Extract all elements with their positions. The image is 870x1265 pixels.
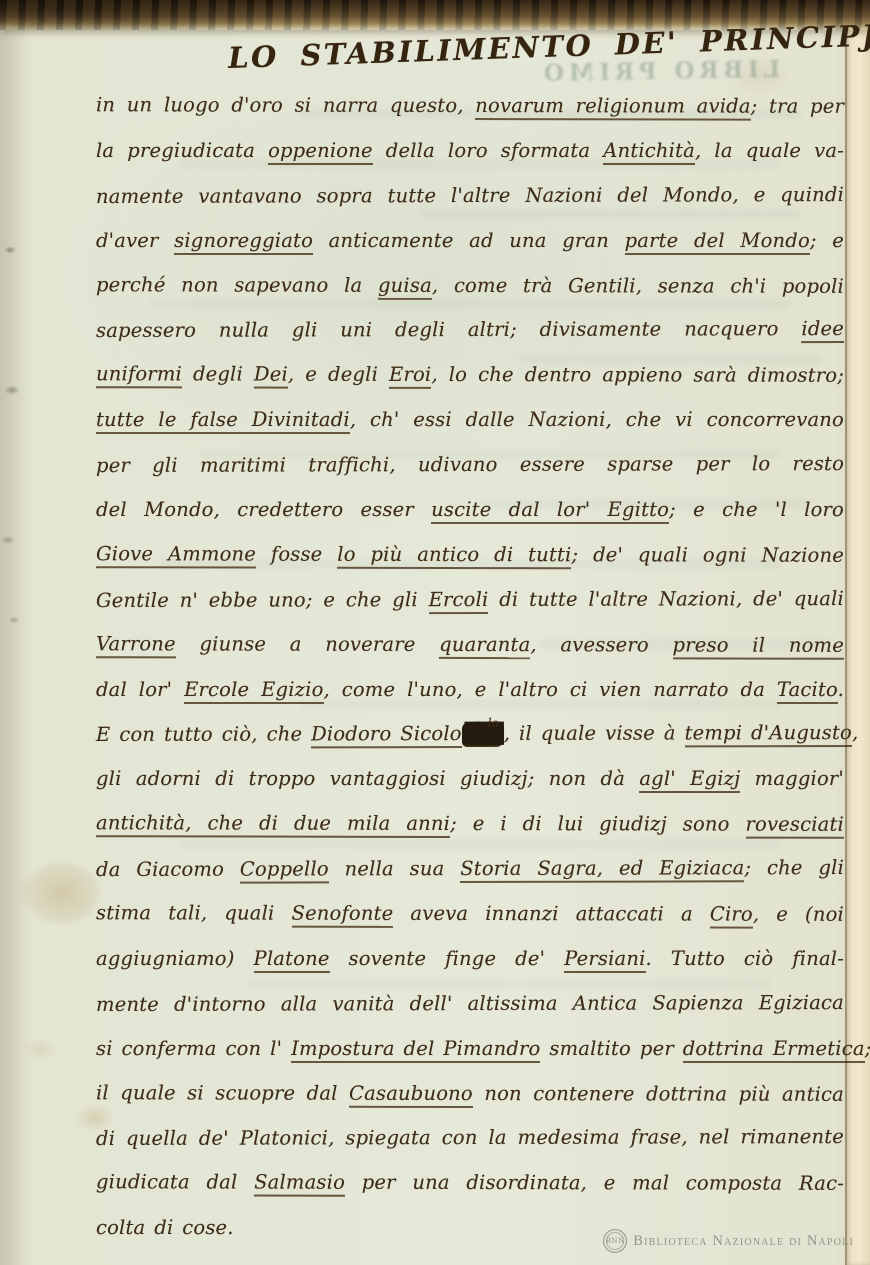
manuscript-line: uniformi degli Dei, e degli Eroi, lo che… — [96, 353, 844, 399]
underlined-segment: antichità, che di due mila anni — [96, 811, 450, 838]
underlined-segment: Impostura del Pimandro — [291, 1037, 540, 1063]
text-segment: colta di cose. — [96, 1216, 234, 1239]
manuscript-body: in un luogo d'oro si narra questo, novar… — [96, 84, 844, 1251]
manuscript-line: sapessero nulla gli uni degli altri; div… — [96, 307, 844, 354]
manuscript-page: LIBRO PRIMO LO STABILIMENTO DE' PRINCIPJ… — [0, 0, 870, 1265]
text-segment: , la quale va- — [695, 139, 844, 162]
manuscript-line: E con tutto ciò, che Diodoro Sicololo███… — [96, 711, 844, 758]
text-segment: ; de' quali ogni Nazione — [571, 543, 844, 567]
manuscript-line: Varrone giunse a noverare quaranta, aves… — [96, 622, 844, 668]
underlined-segment: Ciro — [710, 903, 753, 929]
text-segment: stima tali, quali — [96, 901, 292, 924]
text-segment: aveva innanzi attaccati a — [393, 902, 709, 926]
text-segment: il quale si scuopre dal — [96, 1081, 349, 1105]
text-segment: perché non sapevano la — [96, 273, 378, 297]
underlined-segment: uscite dal lor' Egitto — [431, 498, 669, 524]
text-segment: namente vantavano sopra tutte l'altre Na… — [96, 183, 844, 208]
underlined-segment: Ercole Egizio — [184, 678, 323, 704]
text-segment: , lo che dentro appieno sarà dimostro; — [431, 363, 844, 387]
text-segment: . — [838, 678, 844, 701]
text-segment: mente d'intorno alla vanità dell' altiss… — [96, 991, 844, 1016]
text-segment: per gli maritimi traffichi, udivano esse… — [96, 452, 844, 477]
text-segment: del Mondo, credettero esser — [96, 498, 431, 521]
text-segment: ; e i di lui giudizj sono — [450, 812, 745, 836]
text-segment: aggiugniamo) — [96, 947, 254, 970]
text-segment: si conferma con l' — [96, 1037, 291, 1060]
text-segment: , avessero — [530, 633, 672, 656]
manuscript-line: la pregiudicata oppenione della loro sfo… — [96, 129, 844, 174]
manuscript-line: per gli maritimi traffichi, udivano esse… — [96, 442, 844, 489]
underlined-segment: Salmasio — [254, 1171, 345, 1197]
underlined-segment: Storia Sagra, ed Egiziaca — [460, 856, 744, 883]
manuscript-line: si conferma con l' Impostura del Pimandr… — [96, 1027, 844, 1072]
text-segment: , il quale visse à — [504, 722, 685, 745]
text-segment: , come trà Gentili, senza ch'i popoli — [432, 273, 844, 297]
text-segment: dal lor' — [96, 678, 184, 701]
text-segment: . Tutto ciò final- — [646, 947, 844, 970]
text-segment: fosse — [256, 542, 337, 565]
text-segment: di quella de' Platonici, spiegata con la… — [96, 1126, 844, 1151]
underlined-segment: Senofonte — [291, 902, 393, 928]
underlined-segment: Eroi — [389, 363, 431, 389]
text-segment: ; e — [810, 229, 844, 252]
underlined-segment: guisa — [378, 273, 432, 299]
text-segment: ; — [865, 1037, 870, 1060]
text-segment: gli adorni di troppo vantaggiosi giudizj… — [96, 767, 639, 790]
underlined-segment: Tacito — [777, 678, 838, 704]
text-segment: in un luogo d'oro si narra questo, — [96, 93, 475, 117]
text-segment: nella sua — [329, 857, 460, 880]
text-segment: d'aver — [96, 229, 174, 252]
text-segment: della loro sformata — [373, 139, 604, 162]
text-segment: la pregiudicata — [96, 139, 268, 162]
library-watermark: BNN Biblioteca Nazionale di Napoli — [603, 1229, 854, 1253]
text-segment: ; tra per — [751, 95, 844, 118]
text-segment: per una disordinata, e mal composta Rac- — [345, 1171, 844, 1195]
underlined-segment: tutte le false Divinitadi — [96, 408, 350, 434]
text-segment: ; e che 'l loro — [669, 498, 844, 521]
underlined-segment: agl' Egizj — [639, 767, 740, 793]
underlined-segment: tempi d'Augusto — [685, 721, 852, 747]
text-segment: anticamente ad una gran — [313, 229, 625, 252]
text-segment: giudicata dal — [96, 1171, 254, 1194]
underlined-segment: parte del Mondo — [625, 229, 810, 255]
underlined-segment: preso il nome — [673, 633, 844, 659]
manuscript-line: stima tali, quali Senofonte aveva innanz… — [96, 891, 844, 937]
text-segment: non contenere dottrina più antica — [473, 1082, 844, 1106]
manuscript-line: Giove Ammone fosse lo più antico di tutt… — [96, 532, 844, 578]
underlined-segment: dottrina Ermetica — [683, 1037, 865, 1063]
text-segment: di tutte l'altre Nazioni, de' quali — [488, 587, 844, 611]
manuscript-line: mente d'intorno alla vanità dell' altiss… — [96, 981, 844, 1028]
underlined-segment: oppenione — [268, 139, 373, 165]
text-segment: maggior' — [740, 767, 844, 790]
underlined-segment: signoreggiato — [174, 229, 313, 255]
text-segment: ; che gli — [744, 856, 844, 879]
text-segment: , e degli — [288, 363, 389, 386]
underlined-segment: Antichità — [603, 139, 695, 165]
text-segment: giunse a noverare — [176, 632, 439, 656]
library-watermark-label: Biblioteca Nazionale di Napoli — [633, 1233, 854, 1250]
text-segment: sapessero nulla gli uni degli altri; div… — [96, 318, 801, 343]
manuscript-line: tutte le false Divinitadi, ch' essi dall… — [96, 398, 844, 443]
underlined-segment: Varrone — [96, 632, 176, 658]
underlined-segment: Casaubuono — [349, 1081, 473, 1107]
text-segment: , e (noi — [753, 903, 844, 926]
underlined-segment: Platone — [254, 947, 330, 973]
underlined-segment: novarum religionum avida — [475, 94, 750, 121]
text-segment: E con tutto ciò, che — [96, 723, 311, 747]
underlined-segment: uniformi — [96, 363, 182, 389]
manuscript-line: namente vantavano sopra tutte l'altre Na… — [96, 173, 844, 220]
text-segment: , ch' essi dalle Nazioni, che vi concorr… — [350, 408, 844, 431]
underlined-segment: idee — [801, 317, 844, 343]
manuscript-line: aggiugniamo) Platone sovente finge de' P… — [96, 937, 844, 982]
underlined-segment: Ercoli — [429, 588, 489, 614]
manuscript-line: in un luogo d'oro si narra questo, novar… — [96, 83, 844, 129]
underlined-segment: Giove Ammone — [96, 542, 256, 568]
manuscript-line: antichità, che di due mila anni; e i di … — [96, 801, 844, 847]
underlined-segment: Diodoro Sicolo — [311, 722, 462, 748]
underlined-segment: Coppello — [240, 858, 329, 884]
manuscript-line: da Giacomo Coppello nella sua Storia Sag… — [96, 846, 844, 893]
manuscript-line: gli adorni di troppo vantaggiosi giudizj… — [96, 757, 844, 802]
manuscript-line: del Mondo, credettero esser uscite dal l… — [96, 488, 844, 533]
underlined-segment: lo più antico di tutti — [337, 543, 571, 569]
underlined-segment: rovesciati — [745, 813, 844, 839]
manuscript-line: dal lor' Ercole Egizio, come l'uno, e l'… — [96, 668, 844, 713]
manuscript-line: di quella de' Platonici, spiegata con la… — [96, 1116, 844, 1163]
text-segment: , come l'uno, e l'altro ci vien narrato … — [324, 678, 777, 701]
manuscript-line: Gentile n' ebbe uno; e che gli Ercoli di… — [96, 577, 844, 624]
adjacent-page-edge — [845, 26, 870, 1265]
text-segment: smaltito per — [540, 1037, 682, 1060]
text-segment: da Giacomo — [96, 858, 240, 881]
underlined-segment: Persiani — [564, 947, 645, 973]
manuscript-line: il quale si scuopre dal Casaubuono non c… — [96, 1071, 844, 1117]
text-segment: degli — [182, 363, 254, 386]
manuscript-line: giudicata dal Salmasio per una disordina… — [96, 1161, 844, 1207]
manuscript-line: perché non sapevano la guisa, come trà G… — [96, 263, 844, 309]
underlined-segment: quaranta — [439, 633, 530, 659]
manuscript-line: d'aver signoreggiato anticamente ad una … — [96, 219, 844, 264]
text-segment: sovente finge de' — [330, 947, 565, 970]
library-logo-icon: BNN — [603, 1229, 627, 1253]
text-segment: Gentile n' ebbe uno; e che gli — [96, 588, 429, 612]
underlined-segment: Dei — [254, 363, 288, 389]
library-monogram: BNN — [606, 1238, 625, 1245]
text-segment: , — [852, 721, 858, 744]
